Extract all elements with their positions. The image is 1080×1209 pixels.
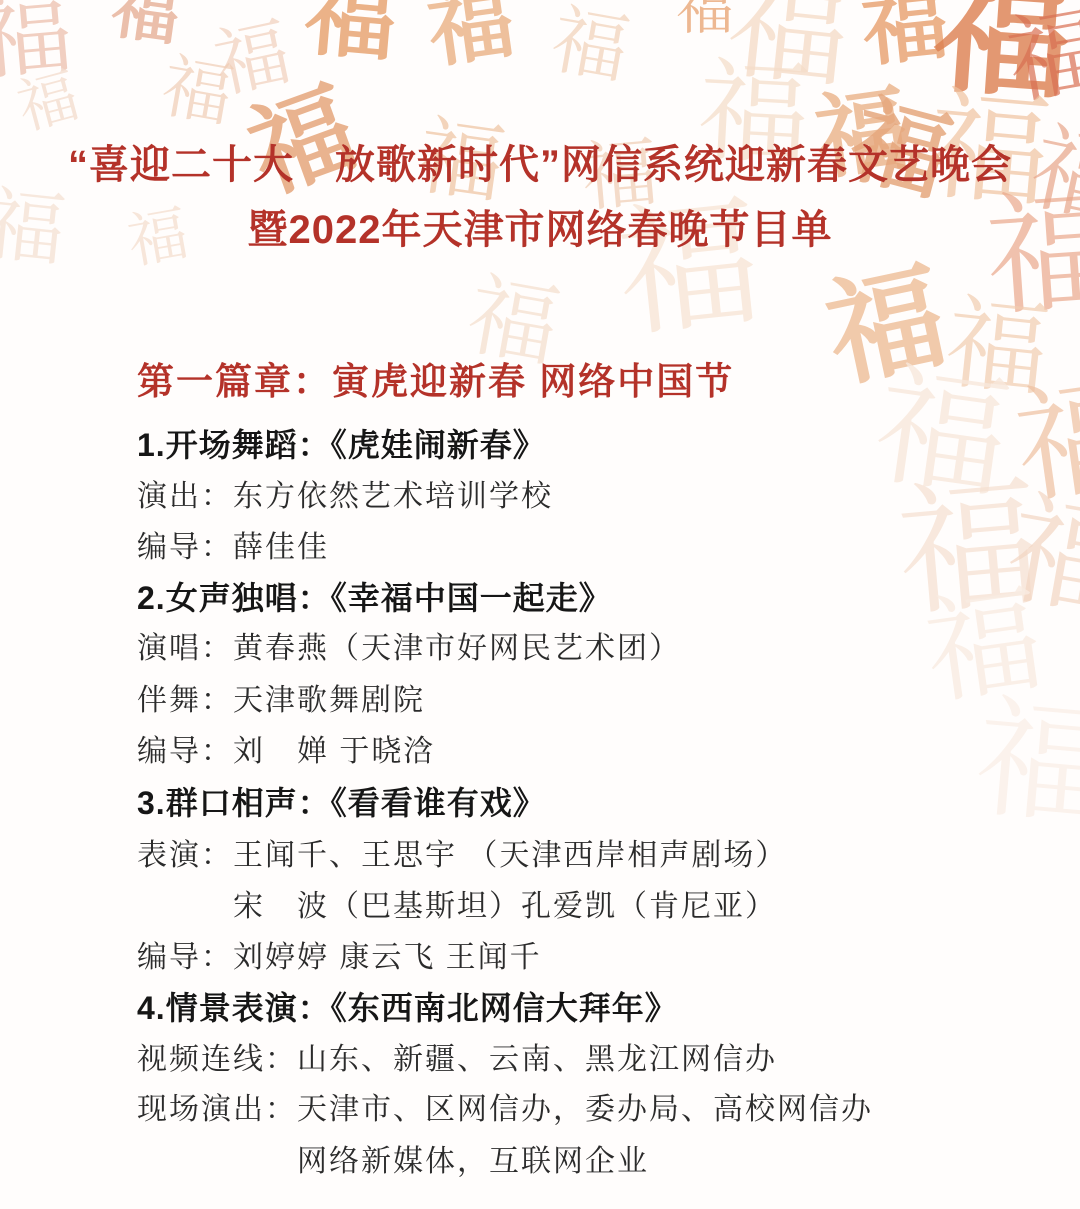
poster-title: “喜迎二十大 放歌新时代”网信系统迎新春文艺晚会 暨2022年天津市网络春晚节目… bbox=[0, 133, 1080, 263]
title-line-1: “喜迎二十大 放歌新时代”网信系统迎新春文艺晚会 bbox=[0, 133, 1080, 198]
program-poster: 福福福福福福福福福福福福福福福福福福福福福福福福福福福福福福福福福福 “喜迎二十… bbox=[0, 0, 1080, 1209]
program-3-line: 表演：王闻千、王思宇 （天津西岸相声剧场） bbox=[137, 838, 787, 874]
fu-glyph: 福 bbox=[722, 0, 856, 96]
fu-glyph: 福 bbox=[998, 488, 1080, 629]
fu-glyph: 福 bbox=[858, 0, 953, 72]
fu-glyph: 福 bbox=[546, 2, 634, 90]
fu-glyph: 福 bbox=[867, 359, 1016, 508]
program-1-title: 1.开场舞蹈：《虎娃闹新春》 bbox=[137, 426, 546, 464]
fu-glyph: 福 bbox=[970, 692, 1080, 835]
program-4-line: 现场演出：天津市、区网信办，委办局、高校网信办 bbox=[137, 1092, 873, 1128]
chapter-heading: 第一篇章：寅虎迎新春 网络中国节 bbox=[137, 360, 734, 404]
program-3-title: 3.群口相声：《看看谁有戏》 bbox=[137, 784, 546, 822]
fu-glyph: 福 bbox=[676, 0, 734, 38]
fu-glyph: 福 bbox=[301, 0, 401, 68]
fu-glyph: 福 bbox=[108, 0, 185, 50]
fu-glyph: 福 bbox=[892, 472, 1046, 626]
fu-glyph: 福 bbox=[208, 15, 297, 104]
fu-glyph: 福 bbox=[817, 257, 955, 395]
program-2-line: 编导：刘 婵 于晓浛 bbox=[137, 734, 435, 770]
fu-glyph: 福 bbox=[11, 65, 84, 138]
program-3-line-continued: 宋 波（巴基斯坦）孔爱凯（肯尼亚） bbox=[233, 889, 777, 925]
fu-glyph: 福 bbox=[156, 52, 237, 133]
program-4-line-continued: 网络新媒体，互联网企业 bbox=[297, 1144, 649, 1180]
fu-glyph: 福 bbox=[1008, 370, 1080, 512]
fu-glyph: 福 bbox=[0, 0, 77, 87]
program-1-line: 编导：薛佳佳 bbox=[137, 530, 329, 566]
program-2-line: 演唱：黄春燕（天津市好网民艺术团） bbox=[137, 631, 681, 667]
program-2-line: 伴舞：天津歌舞剧院 bbox=[137, 683, 425, 719]
fu-glyph: 福 bbox=[941, 293, 1053, 405]
fu-glyph: 福 bbox=[1000, 0, 1080, 111]
fu-glyph: 福 bbox=[929, 0, 1076, 109]
program-4-title: 4.情景表演：《东西南北网信大拜年》 bbox=[137, 989, 678, 1027]
fu-glyph: 福 bbox=[918, 580, 1049, 711]
program-3-line: 编导：刘婷婷 康云飞 王闻千 bbox=[137, 940, 542, 976]
program-1-line: 演出：东方依然艺术培训学校 bbox=[137, 479, 553, 515]
fu-glyph: 福 bbox=[422, 0, 519, 74]
title-line-2: 暨2022年天津市网络春晚节目单 bbox=[0, 198, 1080, 263]
program-4-line: 视频连线：山东、新疆、云南、黑龙江网信办 bbox=[137, 1042, 777, 1078]
program-2-title: 2.女声独唱：《幸福中国一起走》 bbox=[137, 579, 612, 617]
